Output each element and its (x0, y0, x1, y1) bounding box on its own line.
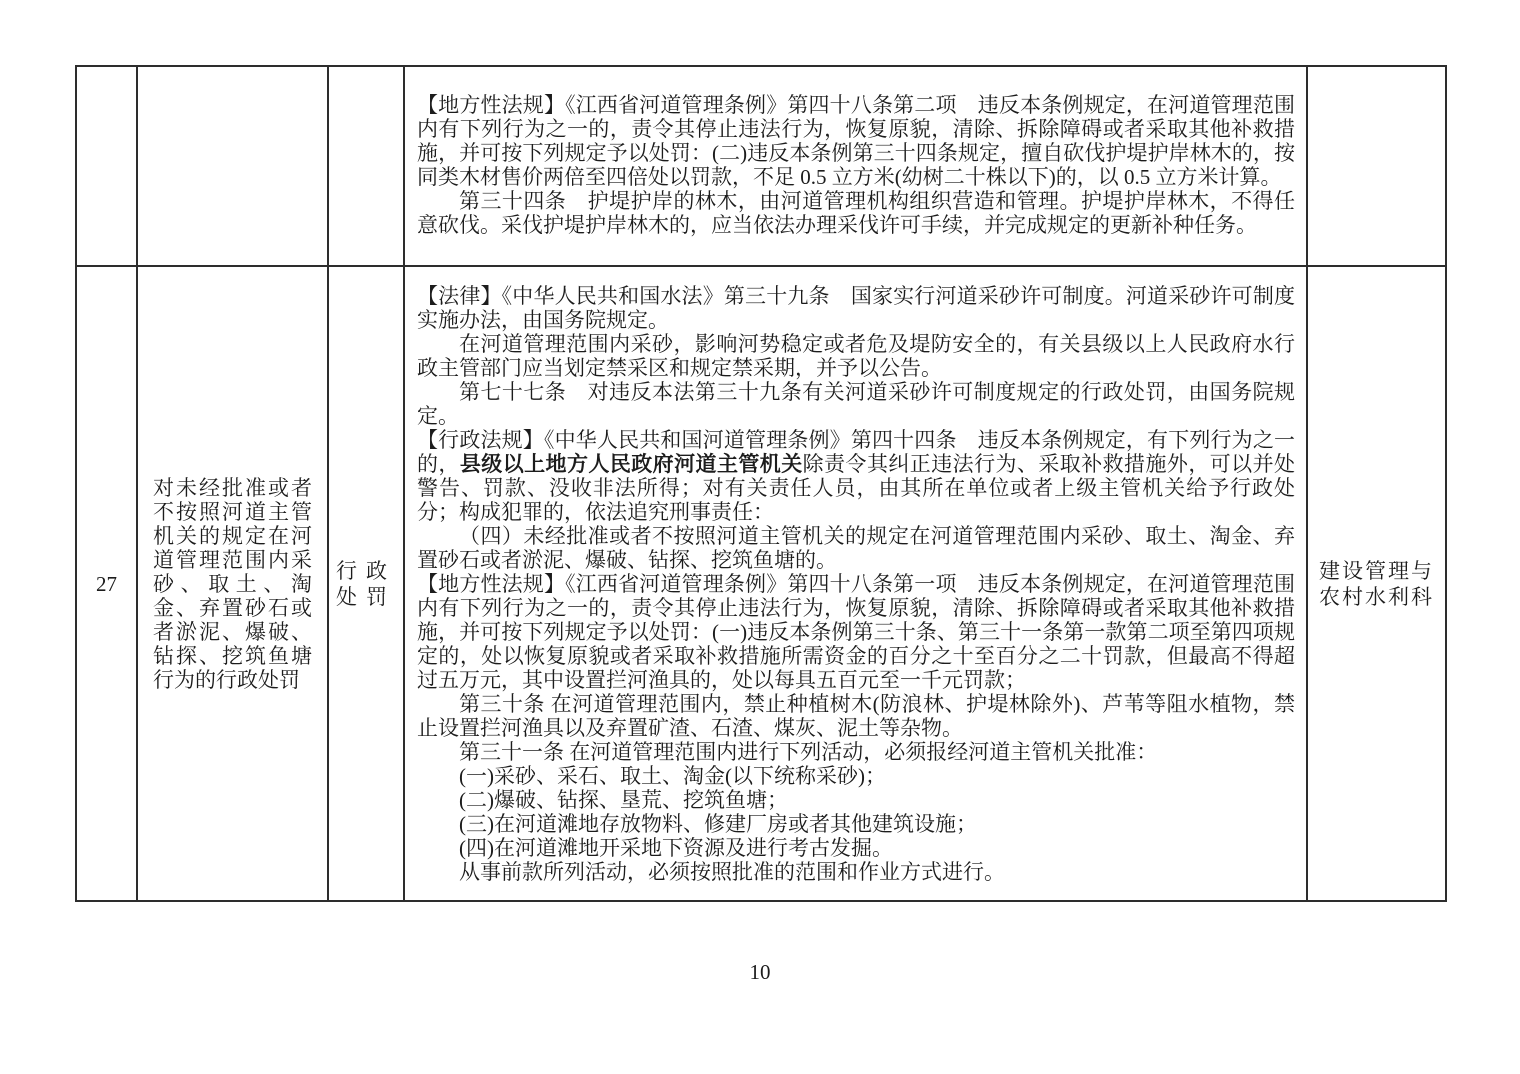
page-number: 10 (0, 960, 1520, 984)
legal-paragraph: 第三十一条 在河道管理范围内进行下列活动，必须报经河道主管机关批准： (417, 740, 1295, 764)
legal-paragraph: 第三十四条 护堤护岸的林木，由河道管理机构组织营造和管理。护堤护岸林木，不得任意… (417, 189, 1295, 237)
table-row-27: 27 对未经批准或者不按照河道主管机关的规定在河道管理范围内采砂、取土、淘金、弃… (76, 266, 1446, 901)
legal-paragraph: 第七十七条 对违反本法第三十九条有关河道采砂许可制度规定的行政处罚，由国务院规定… (417, 380, 1295, 428)
cell-legal-basis-continuation: 【地方性法规】《江西省河道管理条例》第四十八条第二项 违反本条例规定，在河道管理… (404, 66, 1307, 266)
penalty-type-text: 行政处罚 (336, 558, 396, 610)
legal-paragraph: (四)在河道滩地开采地下资源及进行考古发掘。 (417, 836, 1295, 860)
legal-paragraph: 【法律】《中华人民共和国水法》第三十九条 国家实行河道采砂许可制度。河道采砂许可… (417, 284, 1295, 332)
legal-paragraph: 【地方性法规】《江西省河道管理条例》第四十八条第一项 违反本条例规定，在河道管理… (417, 572, 1295, 692)
legal-paragraph: (一)采砂、采石、取土、淘金(以下统称采砂)； (417, 764, 1295, 788)
cell-penalty-type-empty (328, 66, 404, 266)
legal-paragraph: 第三十条 在河道管理范围内，禁止种植树木(防浪林、护堤林除外)、芦苇等阻水植物，… (417, 692, 1295, 740)
department-text: 建设管理与农村水利科 (1319, 558, 1434, 610)
table-row-continuation: 【地方性法规】《江西省河道管理条例》第四十八条第二项 违反本条例规定，在河道管理… (76, 66, 1446, 266)
legal-paragraph: (三)在河道滩地存放物料、修建厂房或者其他建筑设施； (417, 812, 1295, 836)
cell-penalty-type: 行政处罚 (328, 266, 404, 901)
cell-penalty-item: 对未经批准或者不按照河道主管机关的规定在河道管理范围内采砂、取土、淘金、弃置砂石… (137, 266, 328, 901)
legal-paragraph: 在河道管理范围内采砂，影响河势稳定或者危及堤防安全的，有关县级以上人民政府水行政… (417, 332, 1295, 380)
cell-row-number: 27 (76, 266, 137, 901)
legal-paragraph: 【地方性法规】《江西省河道管理条例》第四十八条第二项 违反本条例规定，在河道管理… (417, 93, 1295, 189)
cell-department: 建设管理与农村水利科 (1307, 266, 1446, 901)
cell-legal-basis: 【法律】《中华人民共和国水法》第三十九条 国家实行河道采砂许可制度。河道采砂许可… (404, 266, 1307, 901)
legal-paragraph: 【行政法规】《中华人民共和国河道管理条例》第四十四条 违反本条例规定，有下列行为… (417, 428, 1295, 524)
penalty-table: 【地方性法规】《江西省河道管理条例》第四十八条第二项 违反本条例规定，在河道管理… (75, 65, 1447, 902)
legal-paragraph: (二)爆破、钻探、垦荒、挖筑鱼塘； (417, 788, 1295, 812)
legal-text-bold: 县级以上地方人民政府河道主管机关 (460, 452, 803, 476)
cell-number-empty (76, 66, 137, 266)
legal-paragraph: 从事前款所列活动，必须按照批准的范围和作业方式进行。 (417, 860, 1295, 884)
cell-item-empty (137, 66, 328, 266)
legal-paragraph: （四）未经批准或者不按照河道主管机关的规定在河道管理范围内采砂、取土、淘金、弃置… (417, 524, 1295, 572)
document-page: 【地方性法规】《江西省河道管理条例》第四十八条第二项 违反本条例规定，在河道管理… (0, 0, 1520, 1074)
cell-department-empty (1307, 66, 1446, 266)
